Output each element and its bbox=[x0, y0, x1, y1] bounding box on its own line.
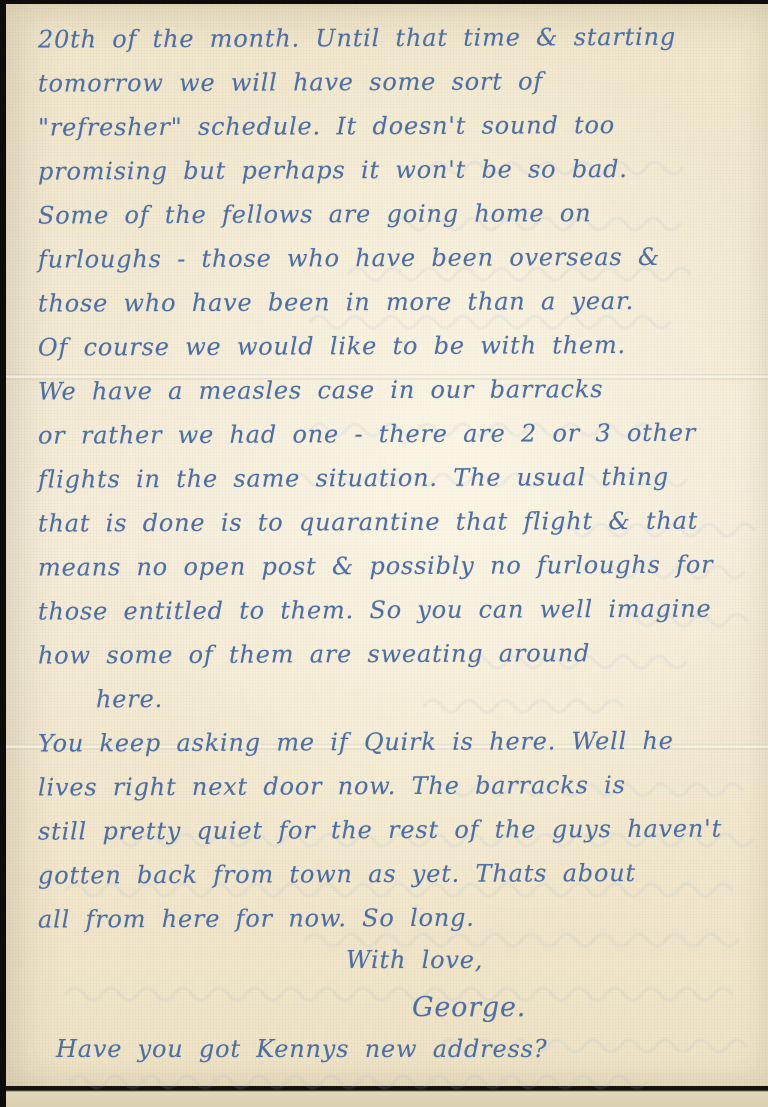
postscript: Have you got Kennys new address? bbox=[56, 1026, 547, 1072]
letter-line: tomorrow we will have some sort of bbox=[38, 58, 754, 105]
letter-line: here. bbox=[38, 674, 754, 721]
letter-line: how some of them are sweating around bbox=[38, 630, 754, 677]
letter-line: "refresher" schedule. It doesn't sound t… bbox=[38, 102, 754, 149]
letter-line: that is done is to quarantine that fligh… bbox=[38, 498, 754, 545]
letter-line: We have a measles case in our barracks bbox=[38, 366, 754, 413]
letter-line: lives right next door now. The barracks … bbox=[38, 762, 754, 809]
letter-line: You keep asking me if Quirk is here. Wel… bbox=[38, 718, 754, 765]
signature: George. bbox=[412, 984, 526, 1032]
letter-body: 20th of the month. Until that time & sta… bbox=[38, 16, 754, 940]
letter-line: Some of the fellows are going home on bbox=[38, 190, 754, 237]
letter-line: means no open post & possibly no furloug… bbox=[38, 542, 754, 589]
letter-line: promising but perhaps it won't be so bad… bbox=[38, 146, 754, 193]
letter-line: Of course we would like to be with them. bbox=[38, 322, 754, 369]
letter-line: 20th of the month. Until that time & sta… bbox=[38, 14, 754, 61]
letter-line: or rather we had one - there are 2 or 3 … bbox=[38, 410, 754, 457]
letter-line: gotten back from town as yet. Thats abou… bbox=[38, 850, 754, 897]
letter-closing: With love, bbox=[346, 938, 483, 982]
letter-line: still pretty quiet for the rest of the g… bbox=[38, 806, 754, 853]
letter-line: furloughs - those who have been overseas… bbox=[38, 234, 754, 281]
letter-line: all from here for now. So long. bbox=[38, 894, 754, 941]
letter-line: those who have been in more than a year. bbox=[38, 278, 754, 325]
scanned-letter-page: 20th of the month. Until that time & sta… bbox=[0, 0, 768, 1107]
letter-line: flights in the same situation. The usual… bbox=[38, 454, 754, 501]
letter-line: those entitled to them. So you can well … bbox=[38, 586, 754, 633]
